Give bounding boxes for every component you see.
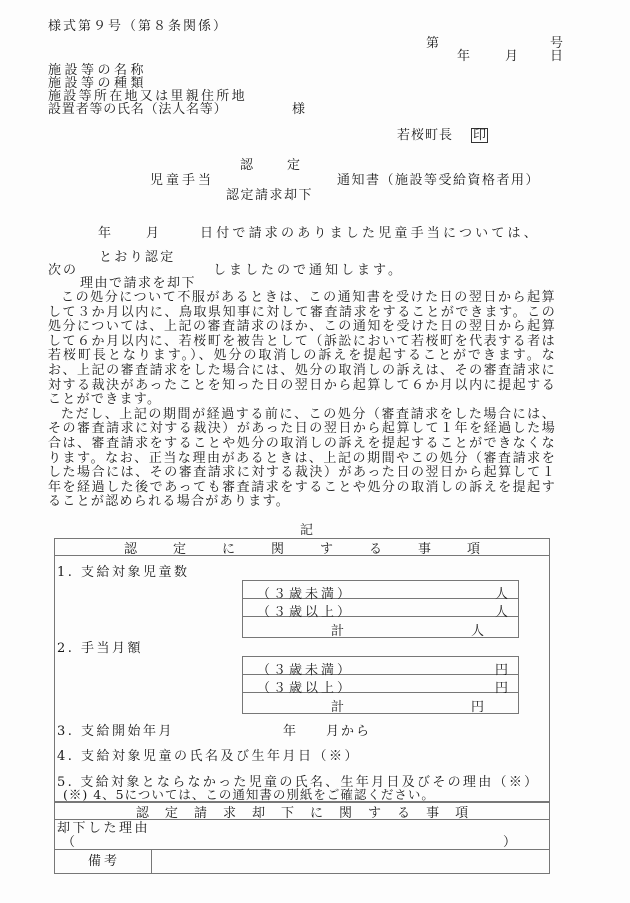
issuer-title: 若桜町長 (397, 129, 453, 143)
intro-prefix: 次の (48, 264, 78, 278)
rejection-reason-label: 却下した理由 (57, 822, 150, 836)
title-left: 児童手当 (150, 174, 214, 188)
seal-mark: 印 (471, 128, 488, 143)
child-count-total-row: 計 人 (243, 617, 518, 637)
intro-month: 月 (146, 227, 159, 241)
founder-name-label: 設置者等の氏名（法人名等） (48, 103, 227, 117)
item4-label: 4. 支給対象児童の氏名及び生年月日（※） (57, 750, 360, 764)
item2-label: 2. 手当月額 (57, 642, 143, 656)
intro-option-reject: 理由で請求を却下 (80, 277, 196, 291)
intro-option-approve: とおり認定 (99, 251, 176, 265)
seal-icon: 印 (471, 128, 488, 143)
date-day: 日 (550, 50, 563, 64)
amount-over3-row: （３歳以上） 円 (243, 675, 518, 693)
child-count-table: （３歳未満） 人 （３歳以上） 人 計 人 (242, 580, 519, 638)
remarks-field (152, 850, 549, 873)
item3-month: 月から (326, 725, 371, 739)
intro-year: 年 (98, 227, 111, 241)
item3-year: 年 (283, 725, 296, 739)
intro-text: 日付で請求のありました児童手当については、 (200, 227, 540, 241)
title-lower: 認定請求却下 (226, 189, 313, 203)
date-year: 年 (457, 50, 470, 64)
child-count-under3-row: （３歳未満） 人 (243, 581, 518, 599)
honorific: 様 (292, 103, 305, 117)
title-right: 通知書（施設等受給資格者用） (337, 174, 540, 188)
monthly-amount-table: （３歳未満） 円 （３歳以上） 円 計 円 (242, 656, 519, 714)
reason-paren-open: （ (62, 836, 75, 850)
ki-label: 記 (300, 524, 313, 538)
appeal-notice: この処分について不服があるときは、この通知書を受けた日の翌日から起算して３か月以… (48, 291, 556, 510)
title-upper-1: 認 (240, 159, 253, 173)
intro-suffix: しましたので通知します。 (213, 264, 404, 278)
approval-section-header: 認 定 に 関 す る 事 項 (54, 538, 550, 556)
child-count-over3-row: （３歳以上） 人 (243, 599, 518, 617)
appeal-paragraph-1: この処分について不服があるときは、この通知書を受けた日の翌日から起算して３か月以… (48, 291, 556, 408)
amount-under3-row: （３歳未満） 円 (243, 657, 518, 675)
title-upper-2: 定 (287, 159, 300, 173)
form-id: 様式第９号（第８条関係） (48, 20, 228, 34)
remarks-label: 備考 (88, 855, 120, 869)
note: (※) 4、5については、この通知書の別紙をご確認ください。 (63, 788, 435, 802)
appeal-paragraph-2: ただし、上記の期間が経過する前に、この処分（審査請求をした場合には、その審査請求… (48, 408, 556, 510)
date-month: 月 (505, 50, 518, 64)
item1-label: 1. 支給対象児童数 (57, 566, 190, 580)
item3-label: 3. 支給開始年月 (57, 725, 174, 739)
reason-paren-close: ） (503, 836, 516, 850)
amount-total-row: 計 円 (243, 693, 518, 713)
doc-number-prefix: 第 (426, 37, 439, 51)
rejection-section-header: 認 定 請 求 却 下 に 関 す る 事 項 (54, 802, 550, 820)
